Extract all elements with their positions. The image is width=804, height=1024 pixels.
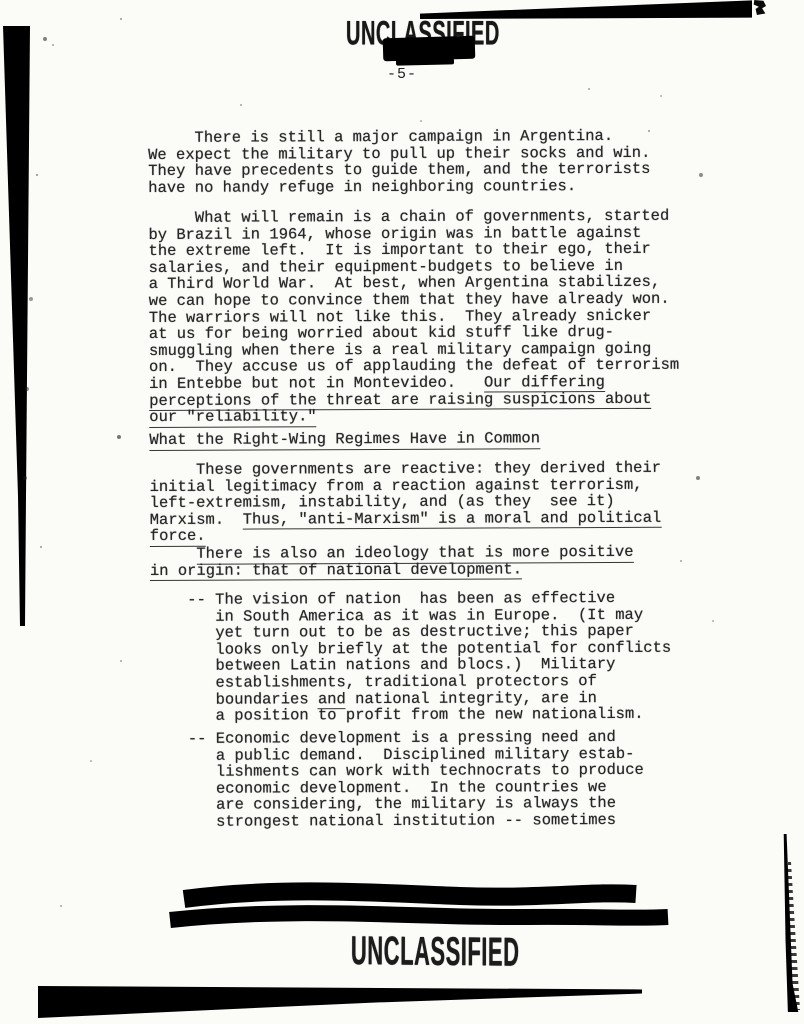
text-segment: strongest national institution -- someti… [151,811,616,831]
text-line: What the Right-Wing Regimes Have in Comm… [149,430,540,448]
scanned-document-page: UNCLASSIFIED -5- There is still a major … [0,0,804,1024]
text-line: There is also an ideology that is more p… [150,544,634,563]
heading-right-wing-regimes: What the Right-Wing Regimes Have in Comm… [149,430,540,448]
text-segment [150,545,197,563]
underlined-text-segment: What the Right-Wing Regimes Have in Comm… [149,429,540,450]
underlined-text-segment: in origin: that of national development. [150,560,522,581]
document-body: There is still a major campaign in Argen… [0,0,804,1024]
text-line: perceptions of the threat are raising su… [149,390,679,409]
underlined-text-segment: Thus, "anti-Marxism" is a moral and poli… [243,509,662,530]
scan-noise-specks [0,0,2,2]
text-segment: a position to profit from the new nation… [151,705,644,725]
para-chain-of-governments: What will remain is a chain of governmen… [148,208,679,426]
text-segment: Marxism. [150,510,243,528]
bullet-economic-development: -- Economic development is a pressing ne… [151,729,644,831]
text-line: have no handy refuge in neighboring coun… [148,178,650,197]
underlined-text-segment: our "reliability." [149,407,317,427]
text-line: in origin: that of national development. [150,560,634,579]
text-segment: have no handy refuge in neighboring coun… [148,177,576,197]
para-governments-reactive: These governments are reactive: they der… [149,460,661,545]
text-line: a position to profit from the new nation… [151,706,672,725]
classification-stamp-bottom: UNCLASSIFIED [351,931,520,973]
text-line: Marxism. Thus, "anti-Marxism" is a moral… [150,510,662,529]
para-argentina-campaign: There is still a major campaign in Argen… [148,128,651,197]
para-ideology-national-development: There is also an ideology that is more p… [150,544,634,579]
text-line: strongest national institution -- someti… [151,812,644,831]
bullet-vision-of-nation: -- The vision of nation has been as effe… [150,590,671,725]
